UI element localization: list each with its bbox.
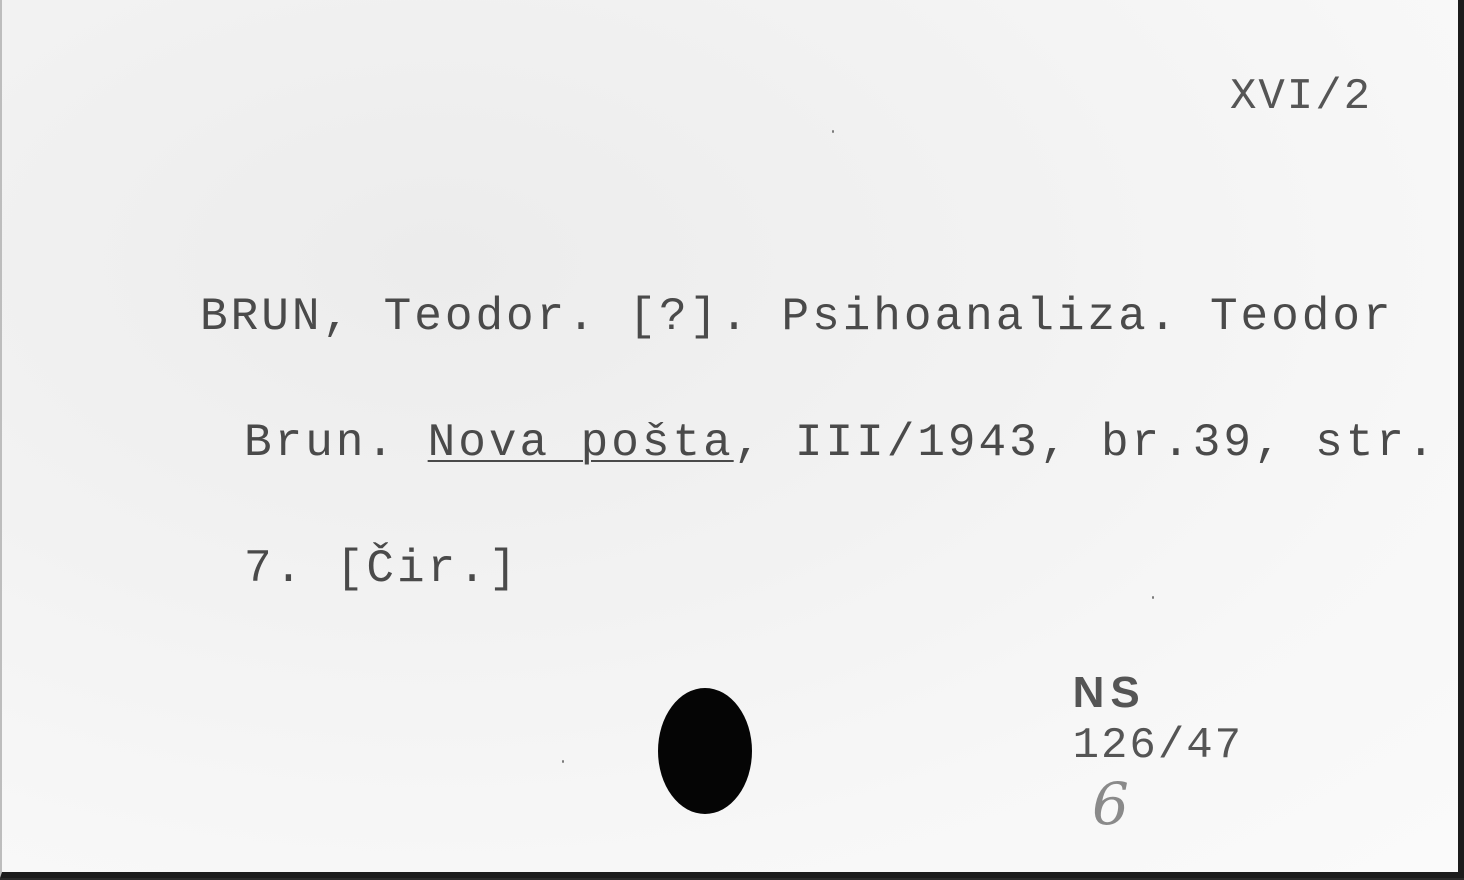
catalog-card: XVI/2 BRUN, Teodor. [?]. Psihoanaliza. T… <box>0 0 1464 878</box>
entry-issue-details: , III/1943, br.39, str. <box>734 417 1438 469</box>
punch-hole <box>658 688 752 814</box>
shelf-mark-prefix: NS <box>1073 668 1146 717</box>
entry-line-2: Brun. Nova pošta, III/1943, br.39, str. <box>200 422 1438 464</box>
entry-line-3: 7. [Čir.] <box>200 548 1438 590</box>
paper-speck <box>832 130 834 133</box>
bibliographic-entry: BRUN, Teodor. [?]. Psihoanaliza. Teodor … <box>200 212 1438 674</box>
handwritten-note: 6 <box>1092 770 1129 838</box>
call-number: XVI/2 <box>1230 72 1372 122</box>
entry-author-short: Brun. <box>244 417 428 469</box>
paper-speck <box>562 760 564 763</box>
paper-speck <box>1152 596 1154 599</box>
shelf-mark-number: 126/47 <box>1073 721 1243 771</box>
periodical-title: Nova pošta <box>428 417 734 469</box>
entry-line-1: BRUN, Teodor. [?]. Psihoanaliza. Teodor <box>200 296 1438 338</box>
